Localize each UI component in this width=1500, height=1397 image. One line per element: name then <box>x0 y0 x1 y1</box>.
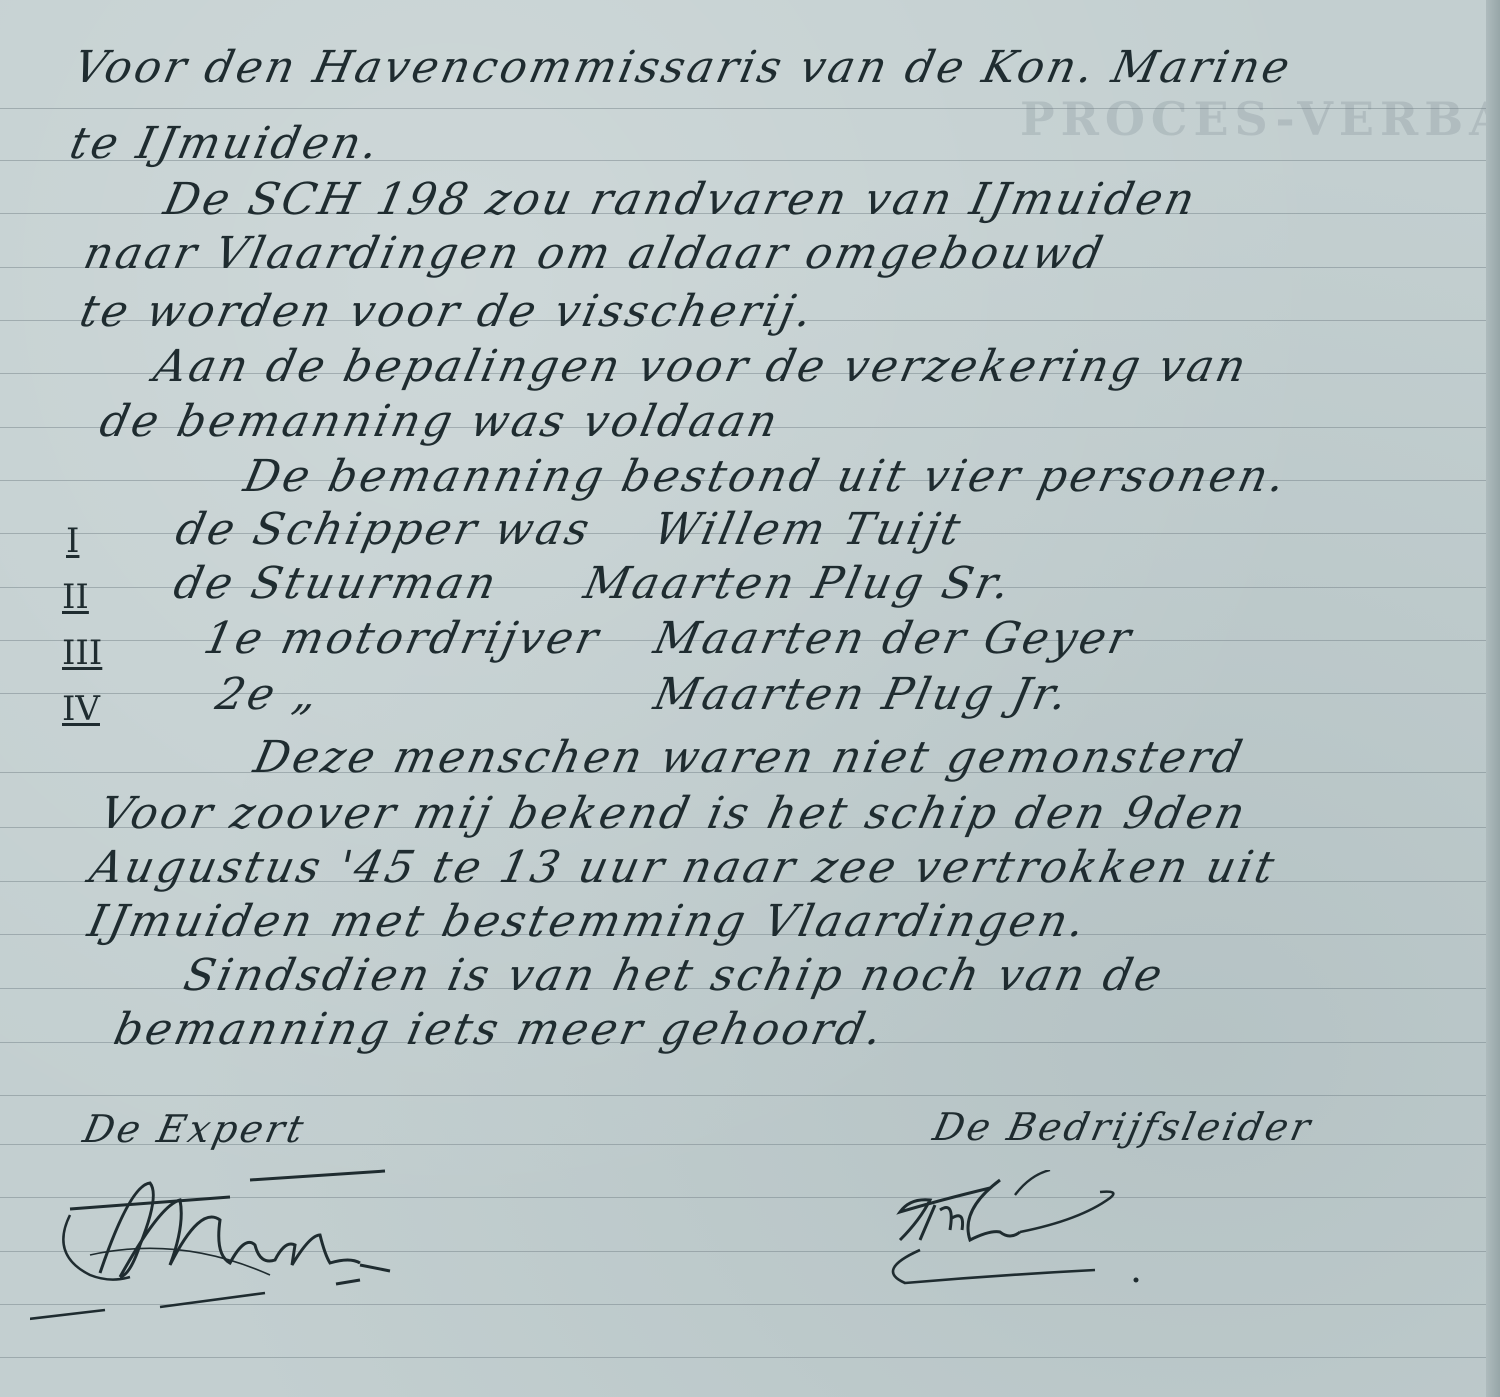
bleed-through-heading: PROCES-VERBAAL <box>1020 92 1500 146</box>
crew-name: Maarten Plug Jr. <box>650 673 1074 717</box>
crew-role: de Schipper was <box>172 508 596 552</box>
crew-numeral: II <box>62 580 89 614</box>
crew-numeral: I <box>66 524 79 558</box>
handwritten-line-2: te IJmuiden. <box>66 122 385 166</box>
handwritten-closing-2: Voor zoover mij bekend is het schip den … <box>96 792 1252 836</box>
crew-numeral: III <box>62 636 102 670</box>
page-edge <box>1486 0 1500 1397</box>
crew-name: Maarten der Geyer <box>650 617 1137 661</box>
handwritten-line-3: De SCH 198 zou randvaren van IJmuiden <box>160 178 1201 222</box>
handwritten-closing-1: Deze menschen waren niet gemonsterd <box>250 736 1249 780</box>
document-page: PROCES-VERBAAL ​ Voor den Havencommissar… <box>0 0 1500 1397</box>
handwritten-closing-6: bemanning iets meer gehoord. <box>110 1008 889 1052</box>
handwritten-line-1: Voor den Havencommissaris van de Kon. Ma… <box>70 46 1296 90</box>
crew-name: Maarten Plug Sr. <box>580 562 1016 606</box>
handwritten-closing-3: Augustus '45 te 13 uur naar zee vertrokk… <box>86 846 1281 890</box>
crew-role: 2e „ <box>212 673 324 717</box>
crew-role: 1e motordrijver <box>200 617 605 661</box>
handwritten-line-5: te worden voor de visscherij. <box>76 290 819 334</box>
ruled-line <box>0 1095 1490 1096</box>
ruled-line <box>0 1357 1490 1358</box>
handwritten-line-8: De bemanning bestond uit vier personen. <box>240 455 1292 499</box>
signature-bedrijfsleider <box>880 1170 1260 1300</box>
handwritten-closing-4: IJmuiden met bestemming Vlaardingen. <box>84 900 1091 944</box>
signature-label-bedrijfsleider: De Bedrijfsleider <box>930 1108 1316 1146</box>
handwritten-line-6: Aan de bepalingen voor de verzekering va… <box>150 345 1252 389</box>
signature-expert <box>30 1165 590 1325</box>
crew-numeral: IV <box>62 692 100 726</box>
crew-role: de Stuurman <box>170 562 502 606</box>
crew-name: Willem Tuijt <box>650 508 967 552</box>
handwritten-line-4: naar Vlaardingen om aldaar omgebouwd <box>80 232 1109 276</box>
handwritten-line-7: de bemanning was voldaan <box>96 400 784 444</box>
signature-label-expert: De Expert <box>80 1110 310 1148</box>
handwritten-closing-5: Sindsdien is van het schip noch van de <box>180 954 1169 998</box>
